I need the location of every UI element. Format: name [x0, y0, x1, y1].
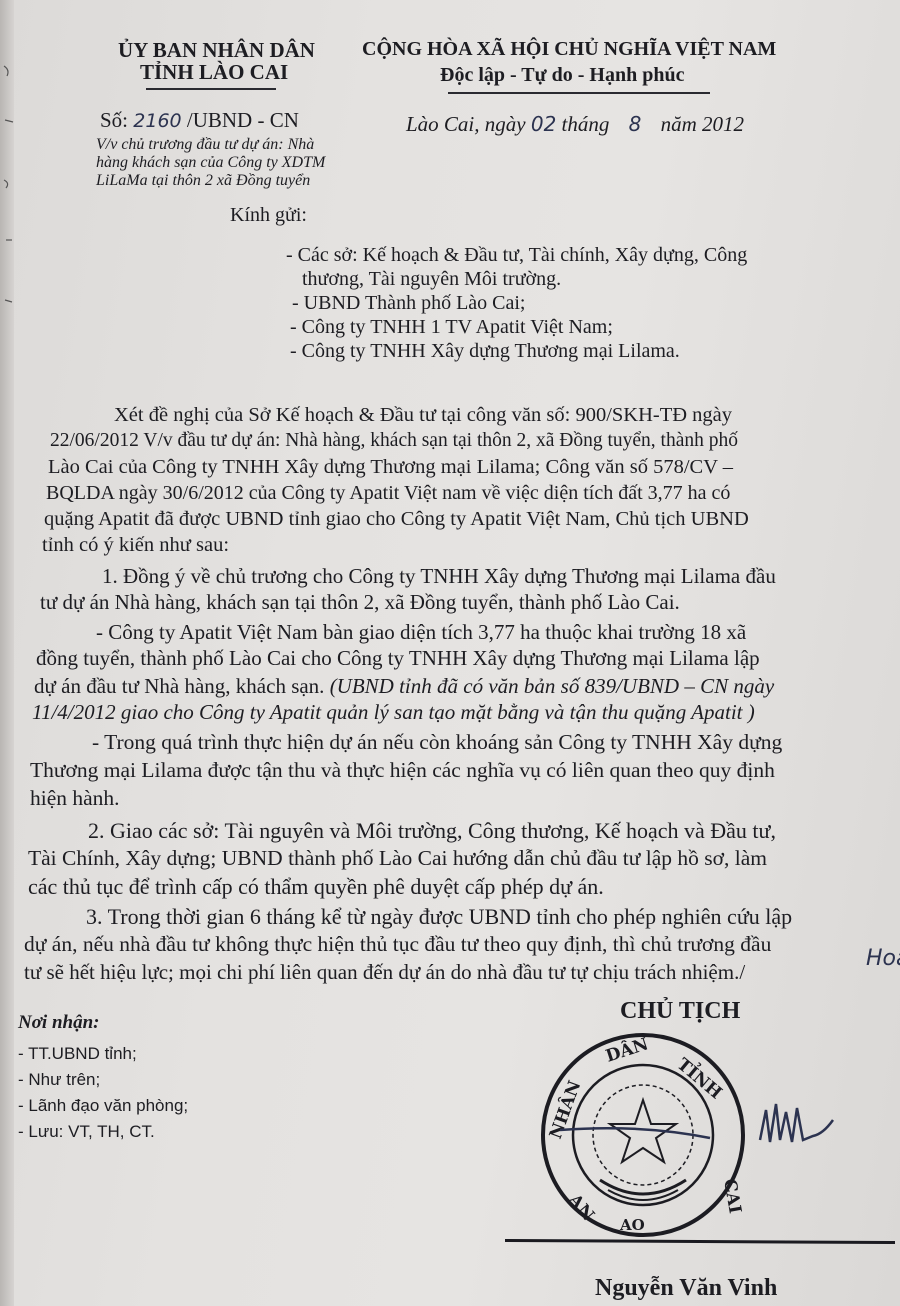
recipient-item: - Công ty TNHH 1 TV Apatit Việt Nam;: [290, 316, 613, 339]
body-line: hiện hành.: [30, 786, 120, 811]
handwritten-signature-icon: [560, 1090, 840, 1160]
noi-nhan-heading: Nơi nhận:: [18, 1012, 99, 1034]
body-line-italic-note: 11/4/2012 giao cho Công ty Apatit quản l…: [32, 700, 755, 725]
body-line: dự án, nếu nhà đầu tư không thực hiện th…: [24, 932, 771, 957]
body-line: Lào Cai của Công ty TNHH Xây dựng Thương…: [48, 456, 733, 479]
body-line: dự án đầu tư Nhà hàng, khách sạn. (UBND …: [34, 674, 774, 699]
subject-line-2: hàng khách sạn của Công ty XDTM: [96, 154, 325, 172]
so-suffix: /UBND - CN: [187, 108, 299, 132]
document-page: ỦY BAN NHÂN DÂN TỈNH LÀO CAI CỘNG HÒA XÃ…: [0, 0, 900, 1306]
body-line: Thương mại Lilama được tận thu và thực h…: [30, 758, 775, 783]
subject-line-1: V/v chủ trương đầu tư dự án: Nhà: [96, 136, 314, 154]
svg-text:DÂN: DÂN: [603, 1033, 651, 1066]
binder-marks-icon: [2, 60, 18, 360]
body-line: tư sẽ hết hiệu lực; mọi chi phí liên qua…: [24, 960, 745, 985]
signer-title: CHỦ TỊCH: [620, 998, 740, 1025]
body-line: các thủ tục để trình cấp có thẩm quyền p…: [28, 874, 604, 900]
recipient-item: - Công ty TNHH Xây dựng Thương mại Lilam…: [290, 340, 680, 363]
body-line: 3. Trong thời gian 6 tháng kể từ ngày đư…: [86, 904, 792, 930]
date-month-handwritten: 8: [629, 112, 642, 136]
date-prefix: Lào Cai, ngày: [406, 112, 526, 136]
so-label: Số:: [100, 108, 128, 132]
header-left-underline: [146, 88, 276, 90]
svg-text:CAI: CAI: [719, 1177, 745, 1215]
body-note-italic: (UBND tỉnh đã có văn bản số 839/UBND – C…: [330, 674, 774, 698]
body-line: đồng tuyển, thành phố Lào Cai cho Công t…: [36, 646, 760, 671]
so-number-handwritten: 2160: [133, 110, 181, 132]
issuing-province: TỈNH LÀO CAI: [140, 60, 288, 85]
signature-line: [505, 1239, 895, 1244]
body-line: 22/06/2012 V/v đầu tư dự án: Nhà hàng, k…: [50, 430, 738, 452]
body-text: dự án đầu tư Nhà hàng, khách sạn.: [34, 674, 324, 698]
national-motto: Độc lập - Tự do - Hạnh phúc: [440, 64, 684, 87]
signer-name: Nguyễn Văn Vinh: [595, 1275, 777, 1302]
date-month-label: tháng: [562, 112, 610, 136]
recipient-item: thương, Tài nguyên Môi trường.: [302, 268, 561, 291]
national-title: CỘNG HÒA XÃ HỘI CHỦ NGHĨA VIỆT NAM: [362, 38, 776, 61]
body-line: quặng Apatit đã được UBND tỉnh giao cho …: [44, 508, 749, 531]
body-line: - Công ty Apatit Việt Nam bàn giao diện …: [96, 620, 746, 645]
body-line: tư dự án Nhà hàng, khách sạn tại thôn 2,…: [40, 590, 680, 615]
document-number: Số: 2160 /UBND - CN: [100, 108, 299, 133]
noi-nhan-item: - Lãnh đạo văn phòng;: [18, 1096, 188, 1116]
body-line: 1. Đồng ý về chủ trương cho Công ty TNHH…: [102, 564, 776, 589]
noi-nhan-item: - Như trên;: [18, 1070, 100, 1090]
body-line: BQLDA ngày 30/6/2012 của Công ty Apatit …: [46, 482, 730, 505]
body-line: tỉnh có ý kiến như sau:: [42, 534, 229, 557]
body-line: - Trong quá trình thực hiện dự án nếu cò…: [92, 730, 782, 755]
recipient-item: - Các sở: Kế hoạch & Đầu tư, Tài chính, …: [286, 244, 747, 267]
recipient-item: - UBND Thành phố Lào Cai;: [292, 292, 526, 315]
handwritten-initials: Hoa: [866, 946, 900, 971]
recipients-heading: Kính gửi:: [230, 204, 307, 227]
noi-nhan-item: - TT.UBND tỉnh;: [18, 1044, 137, 1064]
date-day-handwritten: 02: [531, 112, 556, 136]
place-date: Lào Cai, ngày 02 tháng 8 năm 2012: [406, 112, 744, 137]
noi-nhan-item: - Lưu: VT, TH, CT.: [18, 1122, 155, 1142]
body-line: Xét đề nghị của Sở Kế hoạch & Đầu tư tại…: [114, 404, 732, 427]
svg-text:AO: AO: [619, 1216, 645, 1234]
body-line: Tài Chính, Xây dựng; UBND thành phố Lào …: [28, 846, 767, 871]
body-line: 2. Giao các sở: Tài nguyên và Môi trường…: [88, 818, 776, 844]
date-year: năm 2012: [661, 112, 744, 136]
subject-line-3: LiLaMa tại thôn 2 xã Đồng tuyển: [96, 172, 310, 190]
header-right-underline: [448, 92, 710, 94]
